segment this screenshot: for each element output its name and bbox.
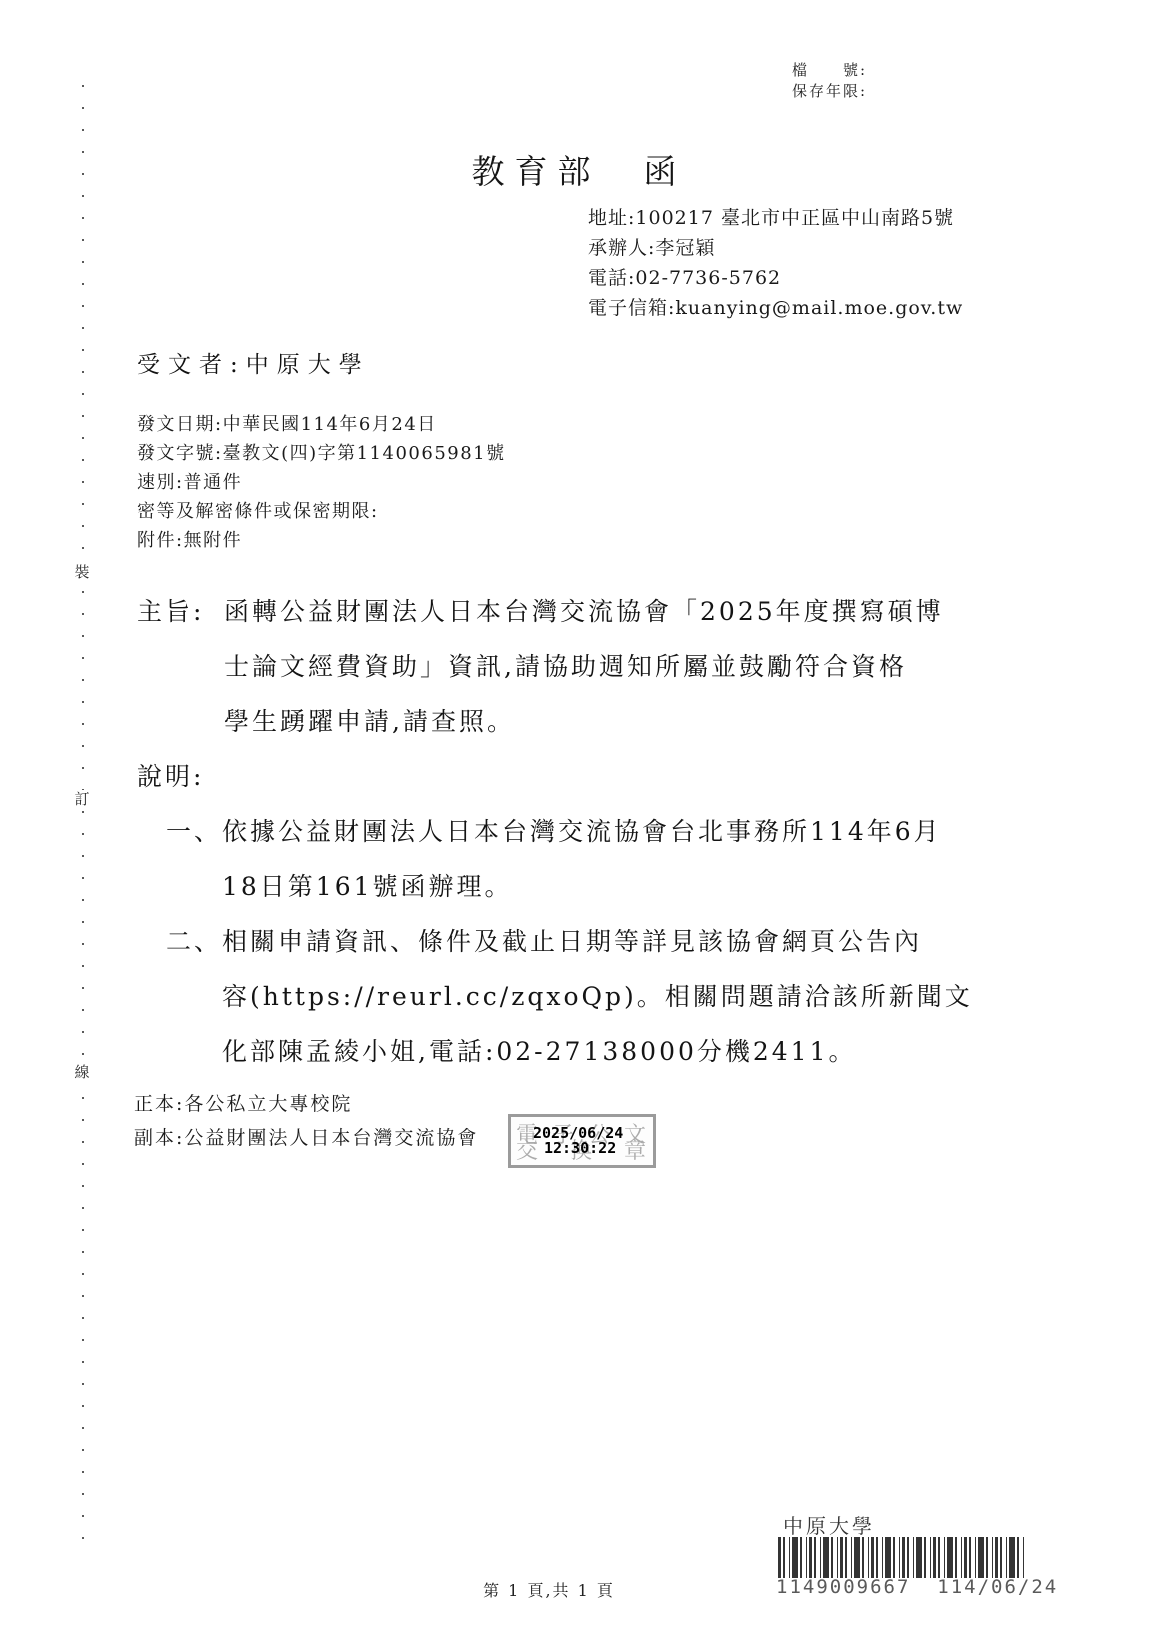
subject-line: 學生踴躍申請,請查照。 xyxy=(224,694,944,749)
file-number-block: 檔 號: 保存年限: xyxy=(792,60,867,102)
footer-recipient-name: 中原大學 xyxy=(783,1510,875,1539)
sender-address: 地址:100217 臺北市中正區中山南路5號 xyxy=(588,203,963,233)
item-line: 18日第161號函辦理。 xyxy=(222,859,942,914)
explanation-item-1: 一、 依據公益財團法人日本台灣交流協會台北事務所114年6月 18日第161號函… xyxy=(166,804,942,914)
sender-email: 電子信箱:kuanying@mail.moe.gov.tw xyxy=(588,293,963,323)
document-page: 裝 訂 線 檔 號: 保存年限: 教育部 函 地址:100217 臺北市中正區中… xyxy=(0,0,1158,1649)
binding-dotted-line xyxy=(82,85,84,1545)
item-line: 相關申請資訊、條件及截止日期等詳見該協會網頁公告內 xyxy=(222,914,973,969)
meta-attachment: 附件:無附件 xyxy=(137,526,506,555)
sender-info-block: 地址:100217 臺北市中正區中山南路5號 承辦人:李冠穎 電話:02-773… xyxy=(588,203,963,323)
subject-label: 主旨: xyxy=(137,584,204,639)
meta-speed: 速別:普通件 xyxy=(137,468,506,497)
item-line: 化部陳孟綾小姐,電話:02-27138000分機2411。 xyxy=(222,1024,973,1079)
copies-block: 正本:各公私立大專校院 副本:公益財團法人日本台灣交流協會 xyxy=(134,1087,478,1155)
item-number: 一、 xyxy=(166,804,222,859)
item-line: 容(https://reurl.cc/zqxoQp)。相關問題請洽該所新聞文 xyxy=(222,969,973,1024)
explanation-label: 說明: xyxy=(137,757,204,797)
page-number: 第 1 頁,共 1 頁 xyxy=(0,1578,1098,1601)
document-title: 教育部 函 xyxy=(0,146,1158,193)
meta-security: 密等及解密條件或保密期限: xyxy=(137,497,506,526)
retention-label: 保存年限: xyxy=(792,81,867,102)
cc-copy-line: 副本:公益財團法人日本台灣交流協會 xyxy=(134,1121,478,1155)
subject-block: 主旨: 函轉公益財團法人日本台灣交流協會「2025年度撰寫碩博 士論文經費資助」… xyxy=(137,584,944,749)
subject-line: 士論文經費資助」資訊,請協助週知所屬並鼓勵符合資格 xyxy=(224,639,944,694)
item-number: 二、 xyxy=(166,914,222,969)
recipient-line: 受文者:中原大學 xyxy=(137,346,370,379)
explanation-item-2: 二、 相關申請資訊、條件及截止日期等詳見該協會網頁公告內 容(https://r… xyxy=(166,914,973,1079)
meta-doc-number: 發文字號:臺教文(四)字第1140065981號 xyxy=(137,439,506,468)
item-line: 依據公益財團法人日本台灣交流協會台北事務所114年6月 xyxy=(222,804,942,859)
meta-block: 發文日期:中華民國114年6月24日 發文字號:臺教文(四)字第11400659… xyxy=(137,410,506,555)
sender-officer: 承辦人:李冠穎 xyxy=(588,233,963,263)
binding-mark-ding: 訂 xyxy=(72,790,92,808)
stamp-time: 12:30:22 xyxy=(544,1139,616,1157)
binding-mark-zhuang: 裝 xyxy=(72,563,92,581)
binding-mark-xian: 線 xyxy=(72,1063,92,1081)
barcode-image xyxy=(778,1537,1024,1578)
file-number-label: 檔 號: xyxy=(792,60,867,81)
meta-date: 發文日期:中華民國114年6月24日 xyxy=(137,410,506,439)
sender-phone: 電話:02-7736-5762 xyxy=(588,263,963,293)
electronic-exchange-stamp: 電子公文 交換章 2025/06/24 12:30:22 xyxy=(508,1114,656,1168)
subject-line: 函轉公益財團法人日本台灣交流協會「2025年度撰寫碩博 xyxy=(224,584,944,639)
original-copy-line: 正本:各公私立大專校院 xyxy=(134,1087,478,1121)
